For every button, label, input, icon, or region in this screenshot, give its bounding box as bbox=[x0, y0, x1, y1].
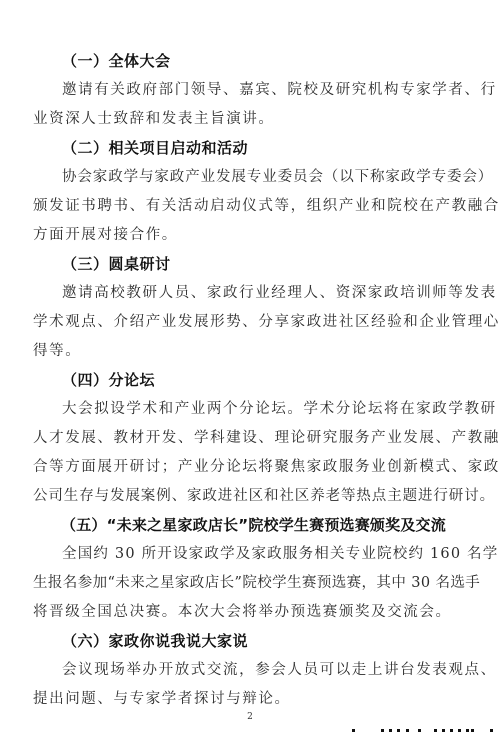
paragraph-line: 大会拟设学术和产业两个分论坛。学术分论坛将在家政学教研 bbox=[33, 395, 469, 424]
paragraph-line: 业资深人士致辞和发表主旨演讲。 bbox=[33, 105, 469, 134]
paragraph-line: 合等方面展开研讨；产业分论坛将聚焦家政服务业创新模式、家政 bbox=[33, 453, 469, 482]
section-heading-plenary: （一）全体大会 bbox=[33, 47, 469, 76]
paragraph-line: 学术观点、介绍产业发展形势、分享家政进社区经验和企业管理心 bbox=[33, 308, 469, 337]
paragraph-line: 生报名参加“未来之星家政店长”院校学生赛预选赛，其中 30 名选手 bbox=[33, 569, 469, 598]
paragraph-line: 邀请高校教研人员、家政行业经理人、资深家政培训师等发表 bbox=[33, 279, 469, 308]
paragraph-line: 会议现场举办开放式交流，参会人员可以走上讲台发表观点、 bbox=[33, 656, 469, 685]
section-paragraph-roundtable: 邀请高校教研人员、家政行业经理人、资深家政培训师等发表 学术观点、介绍产业发展形… bbox=[33, 279, 469, 366]
document-body: （一）全体大会 邀请有关政府部门领导、嘉宾、院校及研究机构专家学者、行 业资深人… bbox=[33, 47, 469, 714]
section-paragraph-future-star-contest: 全国约 30 所开设家政学及家政服务相关专业院校约 160 名学 生报名参加“未… bbox=[33, 540, 469, 627]
section-heading-open-discussion: （六）家政你说我说大家说 bbox=[33, 627, 469, 656]
section-paragraph-project-launch: 协会家政学与家政产业发展专业委员会（以下称家政学专委会） 颁发证书聘书、有关活动… bbox=[33, 163, 469, 250]
document-page: （一）全体大会 邀请有关政府部门领导、嘉宾、院校及研究机构专家学者、行 业资深人… bbox=[0, 0, 500, 733]
paragraph-line: 得等。 bbox=[33, 337, 469, 366]
paragraph-line: 颁发证书聘书、有关活动启动仪式等，组织产业和院校在产教融合 bbox=[33, 192, 469, 221]
paragraph-line: 提出问题、与专家学者探讨与辩论。 bbox=[33, 685, 469, 714]
paragraph-line: 方面开展对接合作。 bbox=[33, 221, 469, 250]
paragraph-line: 人才发展、教材开发、学科建设、理论研究服务产业发展、产教融 bbox=[33, 424, 469, 453]
paragraph-line: 将晋级全国总决赛。本次大会将举办预选赛颁奖及交流会。 bbox=[33, 598, 469, 627]
cropped-text-fragment bbox=[350, 727, 500, 733]
section-heading-sub-forums: （四）分论坛 bbox=[33, 366, 469, 395]
section-paragraph-sub-forums: 大会拟设学术和产业两个分论坛。学术分论坛将在家政学教研 人才发展、教材开发、学科… bbox=[33, 395, 469, 511]
section-heading-future-star-contest: （五）“未来之星家政店长”院校学生赛预选赛颁奖及交流 bbox=[33, 511, 469, 540]
section-heading-roundtable: （三）圆桌研讨 bbox=[33, 250, 469, 279]
section-paragraph-plenary: 邀请有关政府部门领导、嘉宾、院校及研究机构专家学者、行 业资深人士致辞和发表主旨… bbox=[33, 76, 469, 134]
paragraph-line: 公司生存与发展案例、家政进社区和社区养老等热点主题进行研讨。 bbox=[33, 482, 469, 511]
section-heading-project-launch: （二）相关项目启动和活动 bbox=[33, 134, 469, 163]
section-paragraph-open-discussion: 会议现场举办开放式交流，参会人员可以走上讲台发表观点、 提出问题、与专家学者探讨… bbox=[33, 656, 469, 714]
page-number: 2 bbox=[0, 712, 500, 722]
paragraph-line: 协会家政学与家政产业发展专业委员会（以下称家政学专委会） bbox=[33, 163, 469, 192]
paragraph-line: 全国约 30 所开设家政学及家政服务相关专业院校约 160 名学 bbox=[33, 540, 469, 569]
paragraph-line: 邀请有关政府部门领导、嘉宾、院校及研究机构专家学者、行 bbox=[33, 76, 469, 105]
